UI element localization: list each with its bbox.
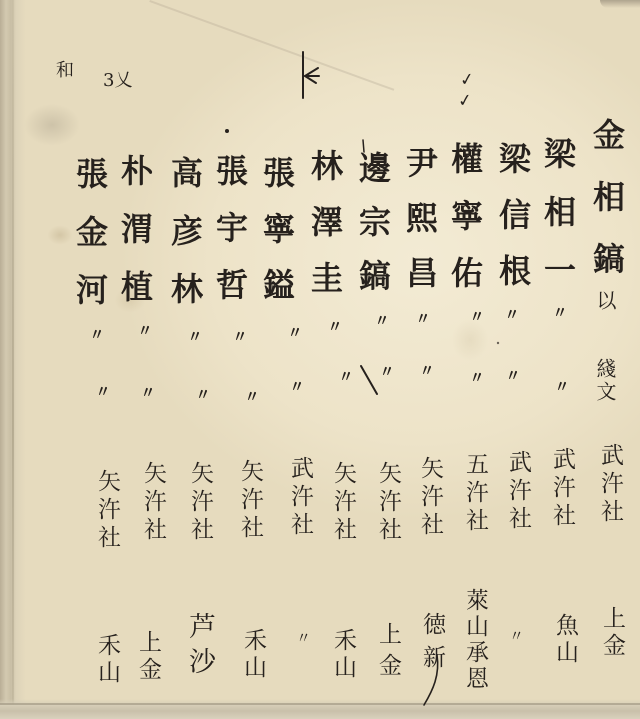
ditto-mark: 〃 bbox=[415, 312, 430, 327]
ditto-mark: 〃 bbox=[232, 330, 247, 345]
check-mark-icon: ✓ bbox=[459, 71, 475, 90]
ditto-mark: 〃 bbox=[327, 320, 342, 335]
ditto-mark: 〃 bbox=[287, 326, 302, 341]
ink-dot bbox=[225, 129, 229, 133]
entry-name: 張宇哲 bbox=[214, 154, 246, 325]
entry-location: 魚山 bbox=[553, 613, 576, 667]
page-bottom-edge bbox=[0, 699, 640, 719]
entry-location: 徳新 bbox=[420, 612, 443, 678]
ditto-mark: 〃 bbox=[89, 328, 104, 343]
entry-name: 梁信根 bbox=[497, 142, 529, 310]
page-bottom-crease bbox=[0, 703, 640, 705]
entry-affiliation: 矢汻社 bbox=[376, 461, 399, 545]
entry-location: 禾山 bbox=[331, 628, 354, 682]
ditto-mark: 〃 bbox=[140, 386, 155, 401]
entry-name: 尹熙昌 bbox=[404, 146, 436, 311]
entry-affiliation: 矢汻社 bbox=[141, 461, 164, 545]
entry-location: 萊山承恩 bbox=[463, 588, 486, 692]
entry-location: 禾山 bbox=[95, 633, 118, 687]
ditto-mark: 〃 bbox=[137, 324, 152, 339]
ditto-mark: 〃 bbox=[379, 365, 394, 380]
entry-location: 上金 bbox=[600, 606, 623, 660]
check-mark-icon: ✓ bbox=[457, 92, 473, 111]
ditto-mark: 〃 bbox=[244, 390, 259, 405]
entry-affiliation: 矢汻社 bbox=[188, 461, 211, 545]
page-diagonal-crease bbox=[149, 0, 394, 91]
entry-location: 上金 bbox=[376, 622, 399, 684]
entry-location: 〃 bbox=[295, 630, 310, 649]
entry-name: 張寧鎰 bbox=[261, 156, 293, 324]
entry-name: 張金河 bbox=[74, 157, 106, 331]
entry-affiliation: 矢汻社 bbox=[238, 459, 261, 543]
ditto-mark: 〃 bbox=[419, 364, 434, 379]
ink-dot bbox=[497, 342, 499, 344]
ditto-mark: 〃 bbox=[374, 314, 389, 329]
margin-note-char: 和 bbox=[56, 62, 74, 80]
entry-affiliation: 矢汻社 bbox=[418, 456, 441, 540]
ditto-mark: 〃 bbox=[338, 370, 353, 385]
entry-name: 林澤圭 bbox=[309, 149, 341, 317]
ink-marks bbox=[0, 0, 640, 719]
entry-location: 〃 bbox=[508, 628, 523, 647]
ditto-mark: 〃 bbox=[469, 310, 484, 325]
header-note: 以 bbox=[595, 290, 615, 313]
page-fold-line bbox=[12, 0, 14, 719]
entry-affiliation: 武汻社 bbox=[550, 447, 573, 531]
entry-name: 金相鎬 bbox=[591, 118, 623, 304]
ditto-mark: 〃 bbox=[505, 369, 520, 384]
entry-name: 梁相一 bbox=[542, 137, 574, 311]
entry-location: 上金 bbox=[136, 630, 159, 684]
entry-affiliation: 矢汻社 bbox=[95, 469, 118, 553]
margin-note-number: 3乂 bbox=[103, 72, 132, 90]
entry-affiliation: 矢汻社 bbox=[331, 461, 354, 545]
page-corner-shadow bbox=[600, 0, 640, 8]
ditto-mark: 〃 bbox=[469, 371, 484, 386]
entry-name: 邊宗鎬 bbox=[357, 151, 389, 313]
ditto-mark: 〃 bbox=[504, 308, 519, 323]
entry-location: 芦沙 bbox=[186, 612, 213, 682]
entry-affiliation: 武汻社 bbox=[506, 450, 529, 534]
ditto-mark: 〃 bbox=[195, 388, 210, 403]
entry-name: 高彦林 bbox=[169, 156, 201, 330]
entry-affiliation: 五汻社 bbox=[463, 452, 486, 536]
entry-affiliation: 武汻社 bbox=[288, 456, 311, 540]
ditto-mark: 〃 bbox=[95, 385, 110, 400]
slash-mark bbox=[361, 366, 377, 394]
ditto-mark: 〃 bbox=[289, 380, 304, 395]
header-note: 綫文 bbox=[595, 358, 615, 404]
ditto-mark: 〃 bbox=[554, 380, 569, 395]
ditto-mark: 〃 bbox=[187, 330, 202, 345]
ditto-mark: 〃 bbox=[552, 306, 567, 321]
entry-affiliation: 武汻社 bbox=[598, 443, 621, 527]
entry-name: 朴渭植 bbox=[119, 154, 151, 328]
document-page: 和 3乂 ✓ ✓ 金相鎬 梁相一 梁信根 權寧佑 尹熙昌 邊宗鎬 林澤圭 張寧鎰… bbox=[0, 0, 640, 719]
entry-name: 權寧佑 bbox=[449, 142, 481, 313]
entry-location: 禾山 bbox=[241, 628, 264, 682]
